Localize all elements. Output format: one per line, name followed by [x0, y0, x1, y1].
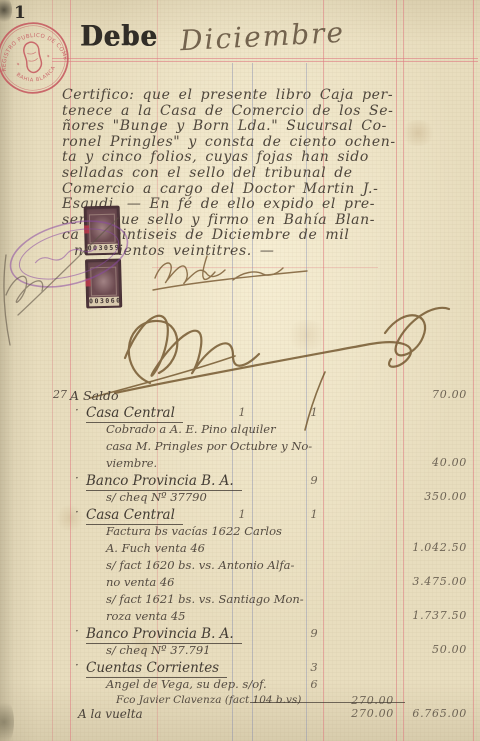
ditto-mark: · [75, 471, 79, 485]
stamp-serial-number: 003059 [88, 244, 118, 254]
certification-line: Certifico: que el presente libro Caja pe… [62, 88, 466, 104]
ledger-row: s/ cheq Nº 37790350.00 [0, 490, 480, 507]
ledger-row: ·Banco Provincia B. A.9 [0, 473, 480, 490]
ledger-row: s/ fact 1620 bs. vs. Antonio Alfa- [0, 558, 480, 575]
ledger-row: casa M. Pringles por Octubre y No- [0, 439, 480, 456]
certification-line: ñores "Bunge y Born Lda." Sucursal Co- [62, 119, 466, 135]
stamp-red-mark [84, 225, 89, 233]
revenue-stamps: 003059003060 [84, 206, 123, 313]
ledger-row: viembre.40.00 [0, 456, 480, 473]
amount-main: 70.00 [432, 388, 467, 401]
ditto-mark: · [75, 505, 79, 519]
account-name: Banco Provincia B. A. [86, 473, 242, 491]
folio-reference: 6 [304, 677, 324, 691]
account-name: Casa Central [86, 507, 183, 525]
ledger-row: s/ fact 1621 bs. vs. Santiago Mon- [0, 592, 480, 609]
certification-line: novecientos veintitres. — [74, 244, 466, 260]
rule-horizontal [52, 58, 478, 59]
carry-forward-row: A la vuelta 270.00 6.765.00 [0, 707, 480, 724]
certification-line: sente que sello y firmo en Bahía Blan- [62, 213, 466, 229]
ledger-row: Angel de Vega, su dep. s/of.6 [0, 677, 480, 694]
svg-text:✶: ✶ [16, 61, 21, 68]
entry-description: Cobrado a A. E. Pino alquiler [106, 422, 276, 436]
certification-line: Esaudi. — En fé de ello expido el pre- [62, 197, 466, 213]
certification-line: tenece a la Casa de Comercio de los Se- [62, 104, 466, 120]
ledger-row: Factura bs vacías 1622 Carlos [0, 524, 480, 541]
account-name: Banco Provincia B. A. [86, 626, 242, 644]
folio-reference: 1 [232, 507, 252, 521]
stamp-ring-text-bottom: BAHIA BLANCA [14, 62, 60, 88]
carry-amount-partial: 270.00 [351, 707, 394, 720]
entry-date: 27 [50, 388, 70, 401]
amount-main: 1.042.50 [412, 541, 467, 554]
account-name: Casa Central [86, 405, 183, 423]
entry-description: Fco Javier Clavenza (fact 104 b.vs) [116, 694, 301, 706]
ledger-page: 1 Debe Diciembre REGISTRO PUBLICO DE COM… [0, 0, 480, 741]
month-heading: Diciembre [179, 16, 346, 58]
amount-main: 40.00 [432, 456, 467, 469]
stamp-emblem [89, 214, 116, 244]
certification-line: ronel Pringles" y consta de ciento ochen… [62, 135, 466, 151]
ledger-row: ·Casa Central11 [0, 507, 480, 524]
entry-description: A. Fuch venta 46 [106, 541, 205, 555]
amount-main: 350.00 [424, 490, 467, 503]
folio-reference: 1 [232, 405, 252, 419]
carry-amount-main: 6.765.00 [412, 707, 467, 720]
carry-forward-label: A la vuelta [78, 707, 143, 721]
ditto-mark: · [75, 403, 79, 417]
entry-description: s/ cheq Nº 37790 [106, 490, 207, 504]
revenue-stamp: 003059 [84, 206, 121, 256]
account-name: Cuentas Corrientes [86, 660, 227, 678]
certification-line: ta y cinco folios, cuyas fojas han sido [62, 150, 466, 166]
certification-line: Comercio a cargo del Doctor Martin J.- [62, 182, 466, 198]
amount-main: 1.737.50 [412, 609, 467, 622]
ledger-row: no venta 463.475.00 [0, 575, 480, 592]
rule-horizontal [52, 61, 478, 62]
certification-line: ca a veintiseis de Diciembre de mil [62, 228, 466, 244]
entry-description: s/ fact 1620 bs. vs. Antonio Alfa- [106, 558, 294, 572]
subtotal-rule [250, 702, 405, 703]
certification-text: Certifico: que el presente libro Caja pe… [62, 88, 466, 260]
entry-description: casa M. Pringles por Octubre y No- [106, 439, 312, 453]
folio-reference: 1 [304, 405, 324, 419]
entry-description: Angel de Vega, su dep. s/of. [106, 677, 267, 691]
debit-column-title: Debe [80, 21, 158, 53]
entry-description: no venta 46 [106, 575, 174, 589]
page-edge-shadow [0, 0, 12, 24]
ledger-row: roza venta 451.737.50 [0, 609, 480, 626]
stamp-serial-number: 003060 [89, 297, 119, 307]
entry-description: s/ cheq Nº 37.791 [106, 643, 210, 657]
ledger-row: ·Casa Central11 [0, 405, 480, 422]
folio-reference: 9 [304, 473, 324, 487]
entry-description: roza venta 45 [106, 609, 185, 623]
entry-description: Factura bs vacías 1622 Carlos [106, 524, 282, 538]
folio-reference: 1 [304, 507, 324, 521]
stamp-emblem [90, 267, 117, 297]
certification-line: selladas con el sello del tribunal de [62, 166, 466, 182]
ditto-mark: · [75, 624, 79, 638]
folio-reference: 3 [304, 660, 324, 674]
svg-text:✶: ✶ [46, 53, 51, 60]
amount-main: 50.00 [432, 643, 467, 656]
amount-partial: 270.00 [351, 694, 394, 707]
ledger-row: 27A Saldo70.00 [0, 388, 480, 405]
entry-description: A Saldo [70, 388, 119, 403]
signature-clerk [153, 256, 307, 290]
revenue-stamp: 003060 [85, 259, 122, 309]
ledger-row: s/ cheq Nº 37.79150.00 [0, 643, 480, 660]
ledger-row: A. Fuch venta 461.042.50 [0, 541, 480, 558]
stamp-red-mark [86, 278, 91, 286]
page-number: 1 [14, 3, 26, 23]
folio-reference: 9 [304, 626, 324, 640]
entry-description: viembre. [106, 456, 157, 470]
amount-main: 3.475.00 [412, 575, 467, 588]
ditto-mark: · [75, 658, 79, 672]
ledger-row: ·Banco Provincia B. A.9 [0, 626, 480, 643]
ledger-row: ·Cuentas Corrientes3 [0, 660, 480, 677]
rule-horizontal [152, 267, 378, 268]
ledger-row: Cobrado a A. E. Pino alquiler [0, 422, 480, 439]
entry-description: s/ fact 1621 bs. vs. Santiago Mon- [106, 592, 304, 606]
